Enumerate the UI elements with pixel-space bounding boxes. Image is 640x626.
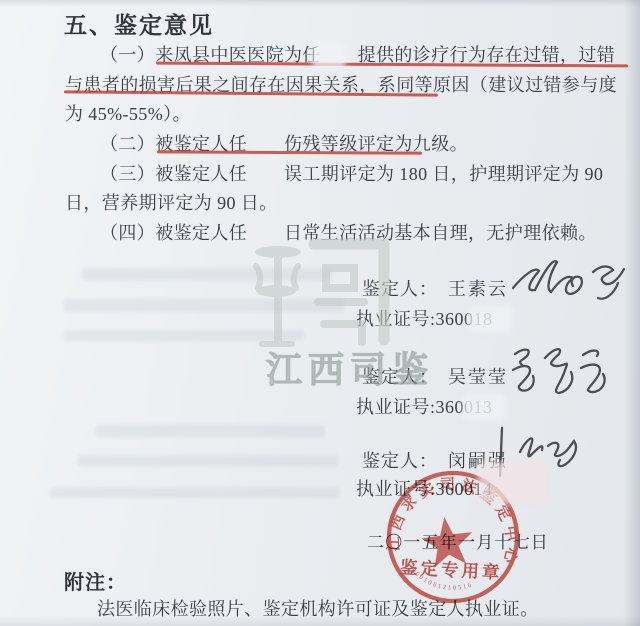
footnote-label: 附注：: [64, 571, 127, 596]
handwritten-signature-2: [505, 340, 615, 405]
paragraph-3-line-2: 日，营养期评定为 90 日。: [65, 192, 278, 215]
page-edge-shadow-top: [0, 0, 640, 7]
paragraph-3-line-1: （三）被鉴定人任 误工期评定为 180 日，护理期评定为 90: [100, 163, 603, 186]
page-edge-shadow-bottom: [0, 616, 640, 626]
bleedthrough-line: [50, 487, 340, 498]
page-edge-shadow-right: [624, 0, 640, 626]
watermark-text: 江西司鉴: [266, 342, 434, 393]
redaction-smudge: [312, 42, 346, 68]
bleedthrough-line: [78, 455, 338, 467]
page-title: 五、鉴定意见: [64, 12, 214, 41]
bleedthrough-line: [95, 425, 325, 437]
signer-name: 王素云: [448, 279, 508, 299]
redaction-smudge: [462, 394, 506, 420]
redaction-smudge: [468, 306, 512, 332]
handwritten-signature-1: [505, 250, 635, 310]
license-label: 执业证号:: [356, 397, 436, 417]
paragraph-1-line-3: 为 45%-55%）。: [65, 103, 191, 126]
redaction-smudge: [478, 462, 548, 504]
scanned-document-page: 江西司鉴 五、鉴定意见 （一）来凤县中医医院为任 提供的诊疗行为存在过错，过错 …: [0, 0, 640, 626]
signer-name: 吴莹莹: [448, 367, 508, 387]
